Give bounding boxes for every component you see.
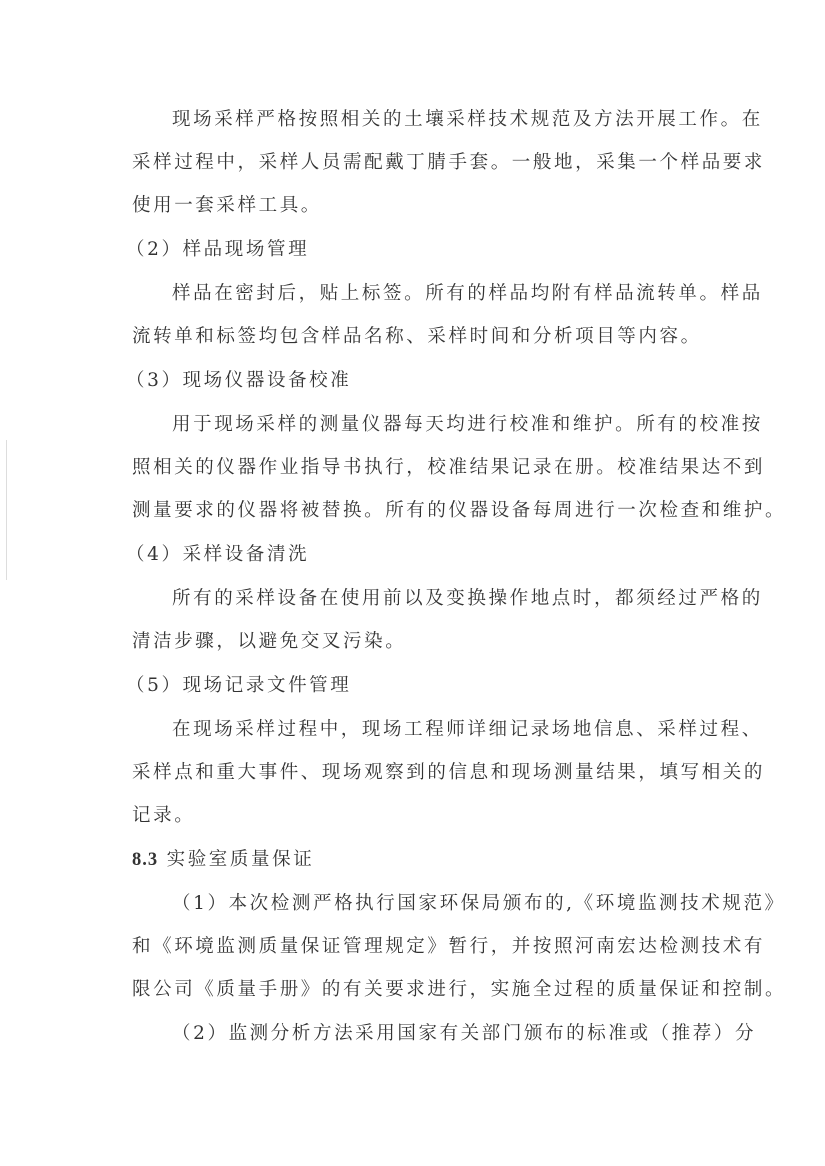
section-heading: 8.3 实验室质量保证 bbox=[132, 848, 314, 872]
paragraph-line: 流转单和标签均包含样品名称、采样时间和分析项目等内容。 bbox=[132, 325, 702, 349]
paragraph-line: 照相关的仪器作业指导书执行，校准结果记录在册。校准结果达不到 bbox=[132, 456, 765, 480]
paragraph-line: 现场采样严格按照相关的土壤采样技术规范及方法开展工作。在 bbox=[172, 108, 763, 132]
scan-edge-mark bbox=[6, 440, 7, 580]
paragraph-line: 所有的采样设备在使用前以及变换操作地点时，都须经过严格的 bbox=[172, 587, 763, 611]
paragraph-line: 在现场采样过程中，现场工程师详细记录场地信息、采样过程、 bbox=[172, 718, 763, 742]
paragraph-line: 记录。 bbox=[132, 804, 195, 828]
subheading-sample-management: （2）样品现场管理 bbox=[126, 238, 309, 262]
paragraph-line: （1）本次检测严格执行国家环保局颁布的,《环境监测技术规范》 bbox=[172, 892, 786, 916]
section-title: 实验室质量保证 bbox=[167, 849, 315, 870]
paragraph-line: 测量要求的仪器将被替换。所有的仪器设备每周进行一次检查和维护。 bbox=[132, 499, 786, 523]
paragraph-line: 样品在密封后，贴上标签。所有的样品均附有样品流转单。样品 bbox=[172, 282, 763, 306]
paragraph-line: 采样点和重大事件、现场观察到的信息和现场测量结果，填写相关的 bbox=[132, 761, 765, 785]
paragraph-line: 清洁步骤，以避免交叉污染。 bbox=[132, 630, 406, 654]
section-number: 8.3 bbox=[132, 850, 158, 870]
subheading-equipment-cleaning: （4）采样设备清洗 bbox=[126, 543, 309, 567]
paragraph-line: 采样过程中，采样人员需配戴丁腈手套。一般地，采集一个样品要求 bbox=[132, 151, 765, 175]
paragraph-line: 限公司《质量手册》的有关要求进行，实施全过程的质量保证和控制。 bbox=[132, 978, 786, 1002]
paragraph-line: 用于现场采样的测量仪器每天均进行校准和维护。所有的校准按 bbox=[172, 413, 763, 437]
subheading-record-management: （5）现场记录文件管理 bbox=[126, 674, 351, 698]
paragraph-line: （2）监测分析方法采用国家有关部门颁布的标准或（推荐）分 bbox=[172, 1022, 756, 1046]
subheading-instrument-calibration: （3）现场仪器设备校准 bbox=[126, 369, 351, 393]
paragraph-line: 和《环境监测质量保证管理规定》暂行，并按照河南宏达检测技术有 bbox=[132, 935, 765, 959]
paragraph-line: 使用一套采样工具。 bbox=[132, 194, 322, 218]
